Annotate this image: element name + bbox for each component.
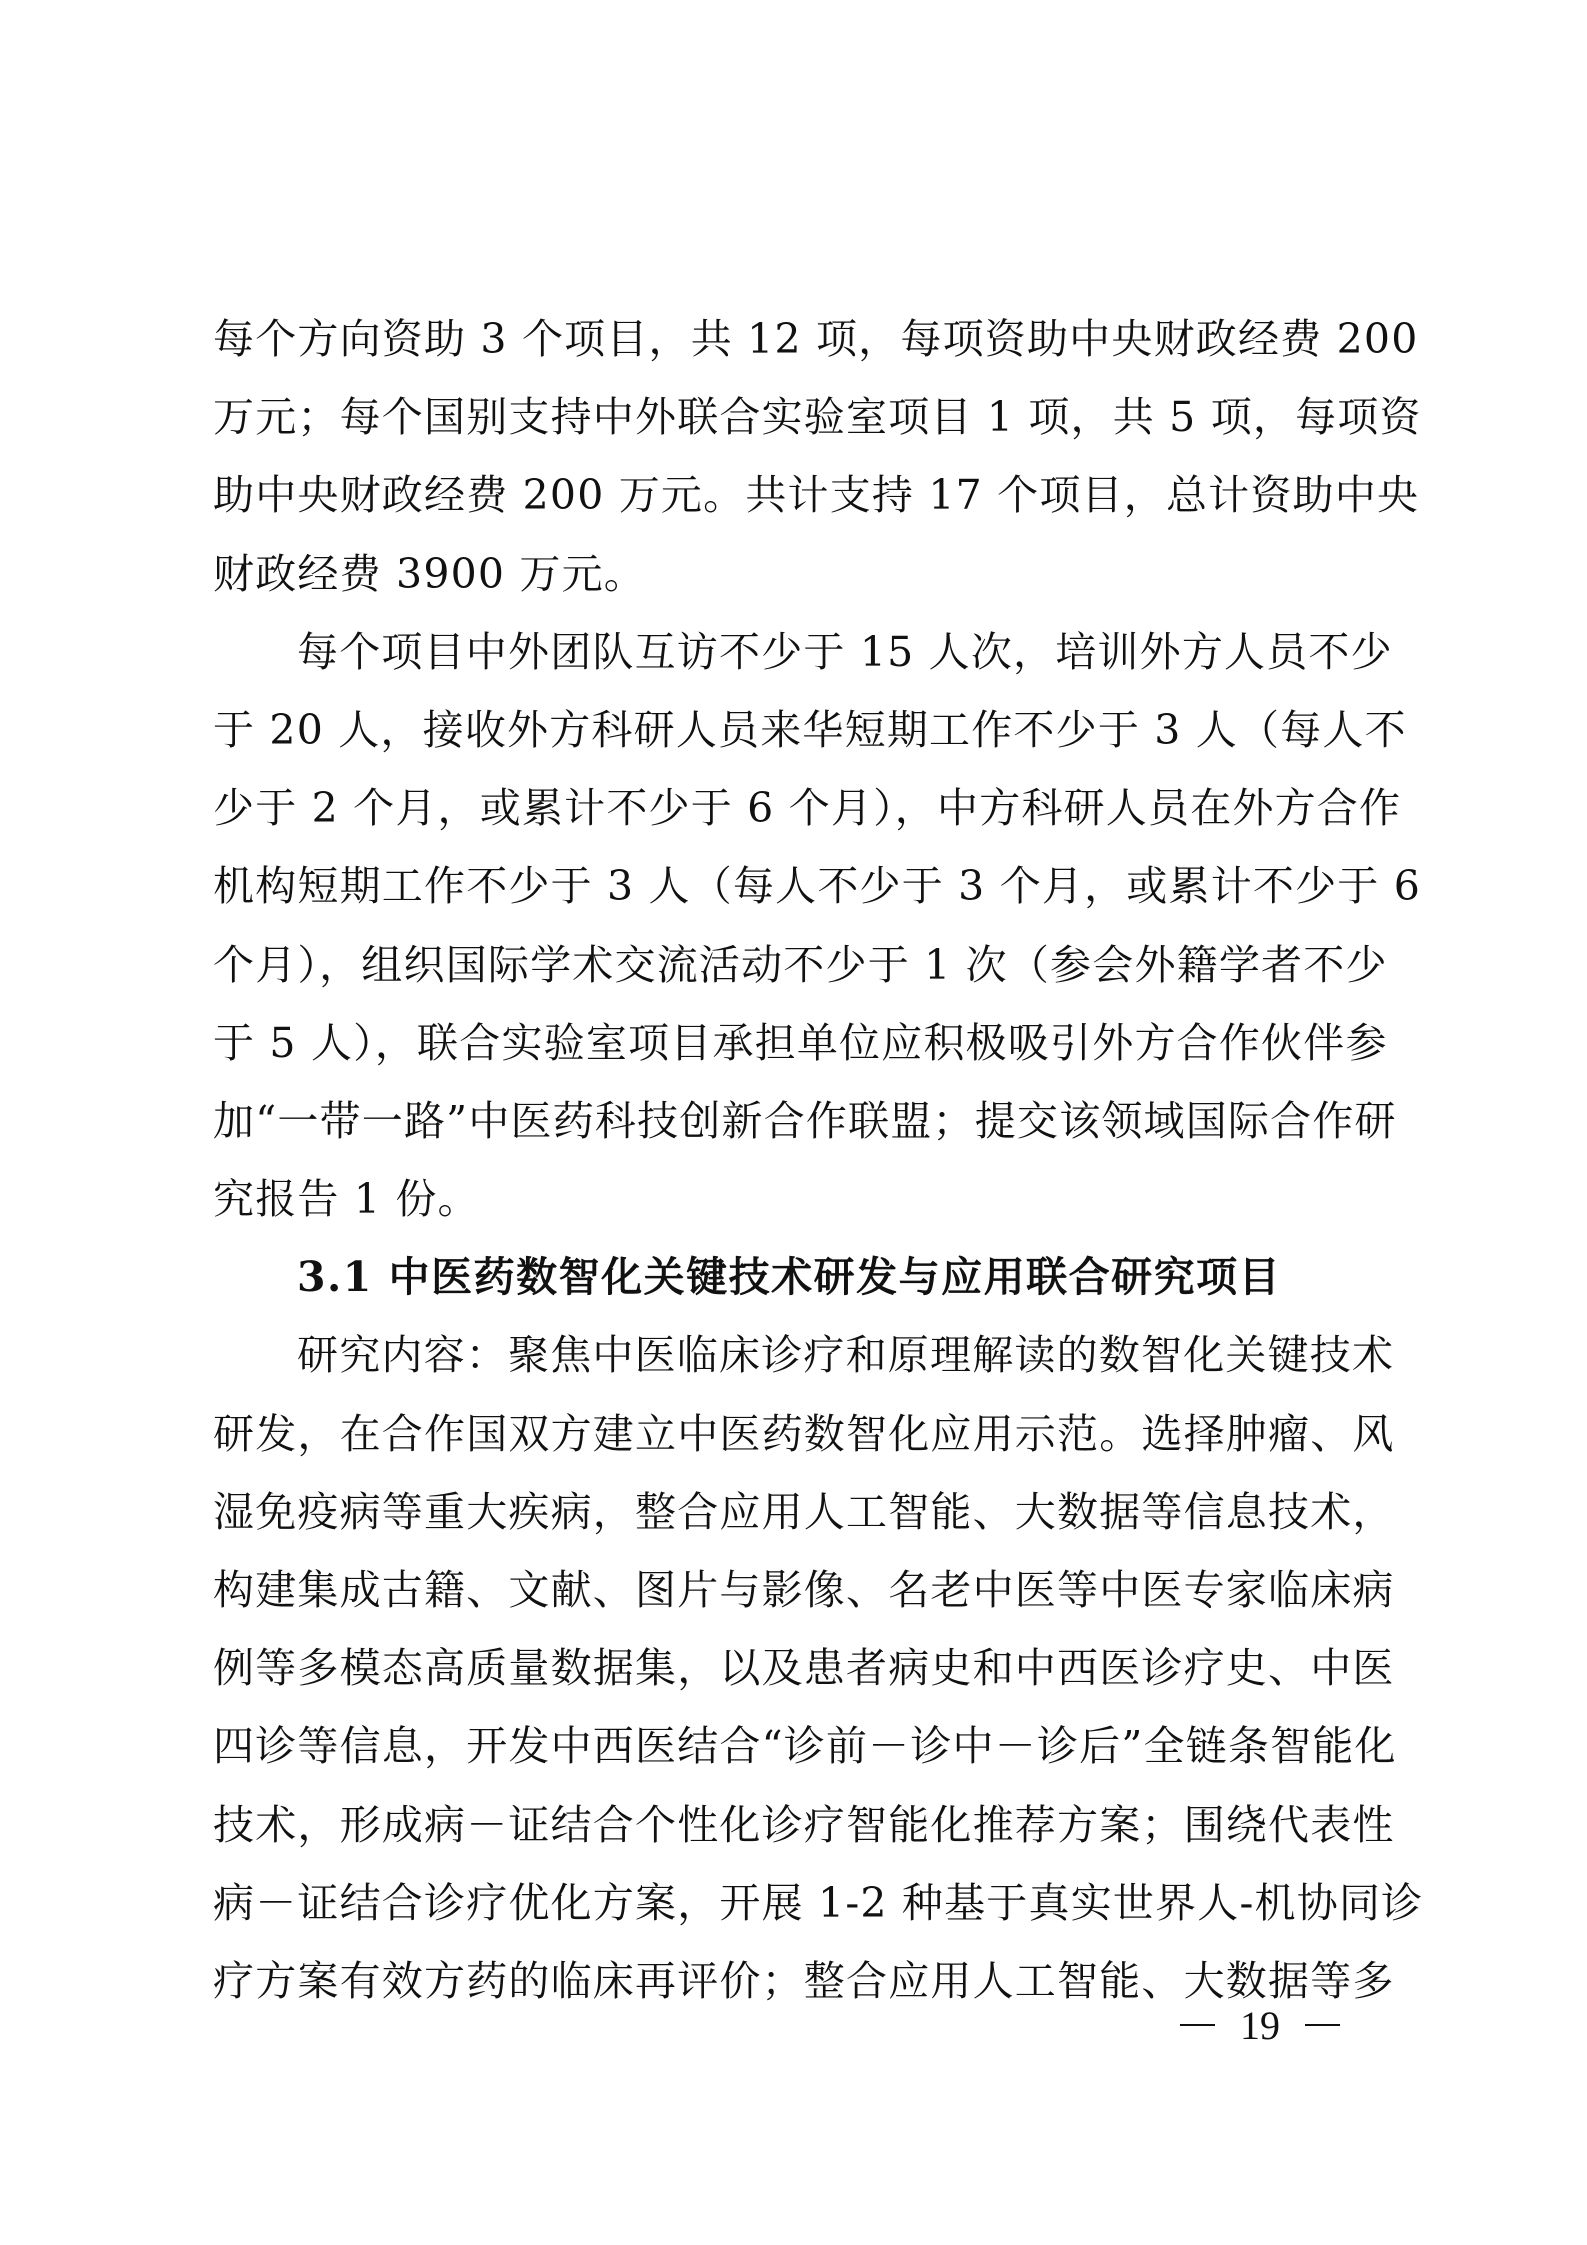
page-number-left-dash [1180,2024,1215,2026]
paragraph-3-line-5: 例等多模态高质量数据集，以及患者病史和中西医诊疗史、中医 [213,1629,1387,1707]
paragraph-1-line-1: 每个方向资助 3 个项目，共 12 项，每项资助中央财政经费 200 [213,300,1387,378]
paragraph-3-line-7: 技术，形成病－证结合个性化诊疗智能化推荐方案；围绕代表性 [213,1786,1387,1864]
paragraph-3-line-1: 研究内容：聚焦中医临床诊疗和原理解读的数智化关键技术 [213,1316,1387,1394]
paragraph-2-line-8: 究报告 1 份。 [213,1160,1387,1238]
page-number: 19 [1180,2000,1340,2050]
paragraph-2-line-2: 于 20 人，接收外方科研人员来华短期工作不少于 3 人（每人不 [213,691,1387,769]
paragraph-2-line-3: 少于 2 个月，或累计不少于 6 个月），中方科研人员在外方合作 [213,769,1387,847]
paragraph-1-line-3: 助中央财政经费 200 万元。共计支持 17 个项目，总计资助中央 [213,456,1387,534]
paragraph-2-line-5: 个月），组织国际学术交流活动不少于 1 次（参会外籍学者不少 [213,926,1387,1004]
document-body: 每个方向资助 3 个项目，共 12 项，每项资助中央财政经费 200 万元；每个… [213,300,1387,2020]
paragraph-3-line-3: 湿免疫病等重大疾病，整合应用人工智能、大数据等信息技术， [213,1473,1387,1551]
paragraph-2-line-6: 于 5 人），联合实验室项目承担单位应积极吸引外方合作伙伴参 [213,1004,1387,1082]
document-page: 每个方向资助 3 个项目，共 12 项，每项资助中央财政经费 200 万元；每个… [0,0,1587,2245]
paragraph-2-line-4: 机构短期工作不少于 3 人（每人不少于 3 个月，或累计不少于 6 [213,847,1387,925]
paragraph-1-line-4: 财政经费 3900 万元。 [213,535,1387,613]
section-heading-3-1: 3.1 中医药数智化关键技术研发与应用联合研究项目 [213,1238,1387,1316]
page-number-right-dash [1305,2024,1340,2026]
paragraph-3-line-6: 四诊等信息，开发中西医结合“诊前－诊中－诊后”全链条智能化 [213,1707,1387,1785]
page-number-value: 19 [1240,2002,1280,2049]
paragraph-1-line-2: 万元；每个国别支持中外联合实验室项目 1 项，共 5 项，每项资 [213,378,1387,456]
paragraph-3-line-4: 构建集成古籍、文献、图片与影像、名老中医等中医专家临床病 [213,1551,1387,1629]
paragraph-2-line-1: 每个项目中外团队互访不少于 15 人次，培训外方人员不少 [213,613,1387,691]
paragraph-2-line-7: 加“一带一路”中医药科技创新合作联盟；提交该领域国际合作研 [213,1082,1387,1160]
paragraph-3-line-2: 研发，在合作国双方建立中医药数智化应用示范。选择肿瘤、风 [213,1395,1387,1473]
paragraph-3-line-8: 病－证结合诊疗优化方案，开展 1-2 种基于真实世界人-机协同诊 [213,1864,1387,1942]
